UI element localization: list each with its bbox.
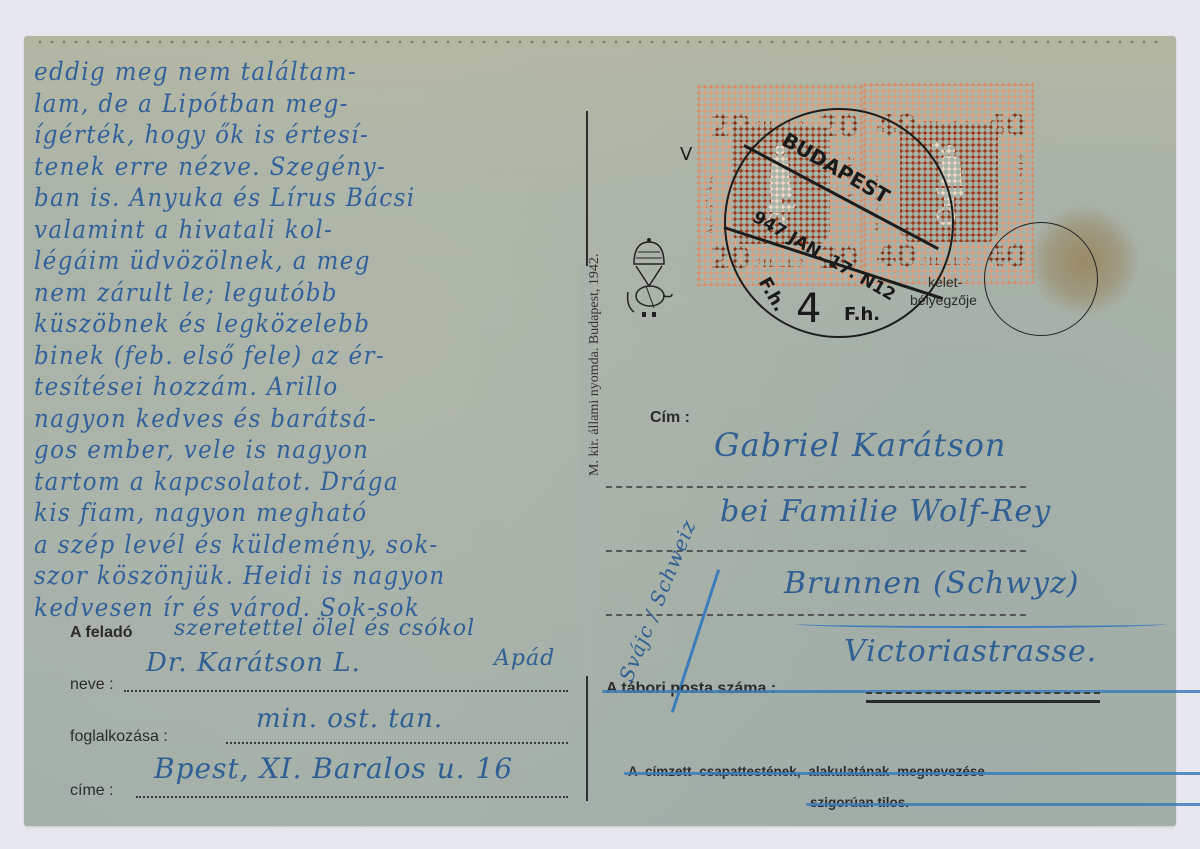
letter-line: szor köszönjük. Heidi is nagyon <box>34 560 558 592</box>
stamp-unit-top: FILLÉR <box>920 118 973 133</box>
sender-signature: Apád <box>494 646 555 671</box>
sender-name-line <box>124 690 568 692</box>
sender-occupation-line <box>226 742 568 744</box>
field-post-label: A tábori posta száma : <box>606 680 1200 698</box>
letter-line: tartom a kapcsolatot. Drága <box>34 466 558 498</box>
stamp-country: MAGYAR <box>704 174 716 234</box>
recipient-underline <box>796 620 1166 628</box>
stamp-postal: POSTAG <box>1014 154 1026 208</box>
sender-occupation-label: foglalkozása : <box>70 728 168 746</box>
field-post-underline <box>866 700 1100 703</box>
postcard: eddig meg nem találtam-lam, de a Lipótba… <box>24 36 1176 826</box>
stamp-value-top-right: 40 <box>986 112 1026 142</box>
sender-address-value: Bpest, XI. Baralos u. 16 <box>154 752 513 785</box>
letter-line: küszöbnek és legközelebb <box>34 308 558 340</box>
letter-line: ban is. Anyuka és Lírus Bácsi <box>34 182 558 214</box>
postmark-prefix: V <box>680 144 692 165</box>
field-post-dotted-line <box>866 692 1100 694</box>
recipient-label: Cím : <box>650 409 690 427</box>
letter-line: tenek erre nézve. Szegény- <box>34 151 558 183</box>
sender-heading: A feladó <box>70 624 133 642</box>
perforation-edge <box>34 40 1166 44</box>
sender-address-label: címe : <box>70 782 114 800</box>
stamp-value-top-left: 20 <box>710 112 750 142</box>
letter-line: kis fiam, nagyon megható <box>34 497 558 529</box>
letter-line: eddig meg nem találtam- <box>34 56 558 88</box>
letter-line: lam, de a Lipótban meg- <box>34 88 558 120</box>
post-horn-crown-icon <box>624 236 674 322</box>
letter-line: gos ember, vele is nagyon <box>34 434 558 466</box>
letter-line: ígérték, hogy ők is értesí- <box>34 119 558 151</box>
sender-name-value: Dr. Karátson L. <box>146 648 361 678</box>
notice-line-2: szigorúan tilos. <box>810 795 1200 810</box>
letter-line: tesítései hozzám. Arillo <box>34 371 558 403</box>
sender-name-label: neve : <box>70 676 114 694</box>
notice-line-1: A címzett csapattestének, alakulatának m… <box>628 764 1200 779</box>
letter-line: nem zárult le; legutóbb <box>34 277 558 309</box>
postmark-office-number: 4 <box>796 286 821 332</box>
letter-line: valamint a hivatali kol- <box>34 214 558 246</box>
letter-closing: szeretettel ölel és csókol <box>174 616 475 641</box>
letter-line: nagyon kedves és barátsá- <box>34 403 558 435</box>
address-line-1 <box>606 486 1026 488</box>
sender-occupation-value: min. ost. tan. <box>256 704 443 734</box>
recipient-line-3: Brunnen (Schwyz) <box>784 566 1079 601</box>
recipient-line-4: Victoriastrasse. <box>844 634 1097 669</box>
recipient-line-1: Gabriel Karátson <box>714 426 1007 464</box>
letter-line: a szép levél és küldemény, sok- <box>34 529 558 561</box>
recipient-line-2: bei Familie Wolf-Rey <box>720 494 1051 529</box>
printer-imprint: M. kir. állami nyomda. Budapest, 1942. <box>587 254 603 476</box>
handwritten-letter: eddig meg nem találtam-lam, de a Lipótba… <box>34 56 604 623</box>
address-line-3 <box>606 614 1026 616</box>
sender-address-line <box>136 796 568 798</box>
letter-line: légáim üdvözölnek, a meg <box>34 245 558 277</box>
letter-line: binek (feb. első fele) az ér- <box>34 340 558 372</box>
stamp-placeholder-circle <box>984 222 1098 336</box>
postmark-suffix-right: F.h. <box>844 304 880 325</box>
